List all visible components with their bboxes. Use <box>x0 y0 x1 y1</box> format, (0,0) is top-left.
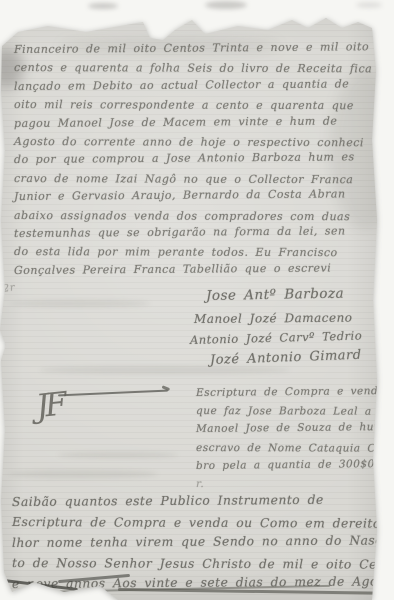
handwritten-line: Escriptura de Compra e venda <box>196 382 368 402</box>
manuscript-scan: Financeiro de mil oito Centos Trinta e n… <box>0 0 394 600</box>
handwritten-line: Gonçalves Pereira Franca Tabellião que o… <box>14 259 374 280</box>
handwritten-line: lançado em Debito ao actual Collector a … <box>14 75 374 96</box>
handwritten-line: testemunhas que se obrigarão na forma da… <box>14 222 374 243</box>
bleed-through-ghost-text <box>58 452 178 458</box>
bleed-through-ghost-text <box>8 470 158 478</box>
paper-shadow-wrap: Financeiro de mil oito Centos Trinta e n… <box>0 0 394 600</box>
handwritten-line: Manoel Jose de Souza de hum <box>196 419 368 439</box>
signature: Jose Antº Barboza <box>206 280 374 309</box>
handwritten-line: pagou Manoel Jose de Macem em vinte e hu… <box>14 112 374 133</box>
handwritten-line: Junior e Gervasio Araujo, Bernardo da Co… <box>14 185 374 206</box>
signature-block: Jose Antº Barboza Manoel Jozé Damaceno A… <box>188 283 374 371</box>
bleed-through-ghost-text <box>10 300 150 307</box>
handwritten-line: bro pela a quantia de 300$00 <box>196 455 368 475</box>
handwritten-line: lhor nome tenha virem que Sendo no anno … <box>12 530 384 553</box>
marginal-deed-summary: Escriptura de Compra e venda que faz Jos… <box>196 384 368 493</box>
collector-entry-paragraph: Financeiro de mil oito Centos Trinta e n… <box>14 41 374 280</box>
signature: Jozé Antonio Gimard <box>210 344 375 371</box>
folio-margin-mark: 2r <box>2 282 16 295</box>
paper-sheet: Financeiro de mil oito Centos Trinta e n… <box>0 0 394 600</box>
notary-monogram: JF <box>34 385 65 426</box>
handwritten-line: Financeiro de mil oito Centos Trinta e n… <box>14 38 374 59</box>
pen-flourish-stroke <box>58 390 168 397</box>
handwritten-line: do por que comprou a Jose Antonio Barboz… <box>14 149 374 170</box>
handwritten-line: Saibão quantos este Publico Instrumento … <box>12 489 384 512</box>
